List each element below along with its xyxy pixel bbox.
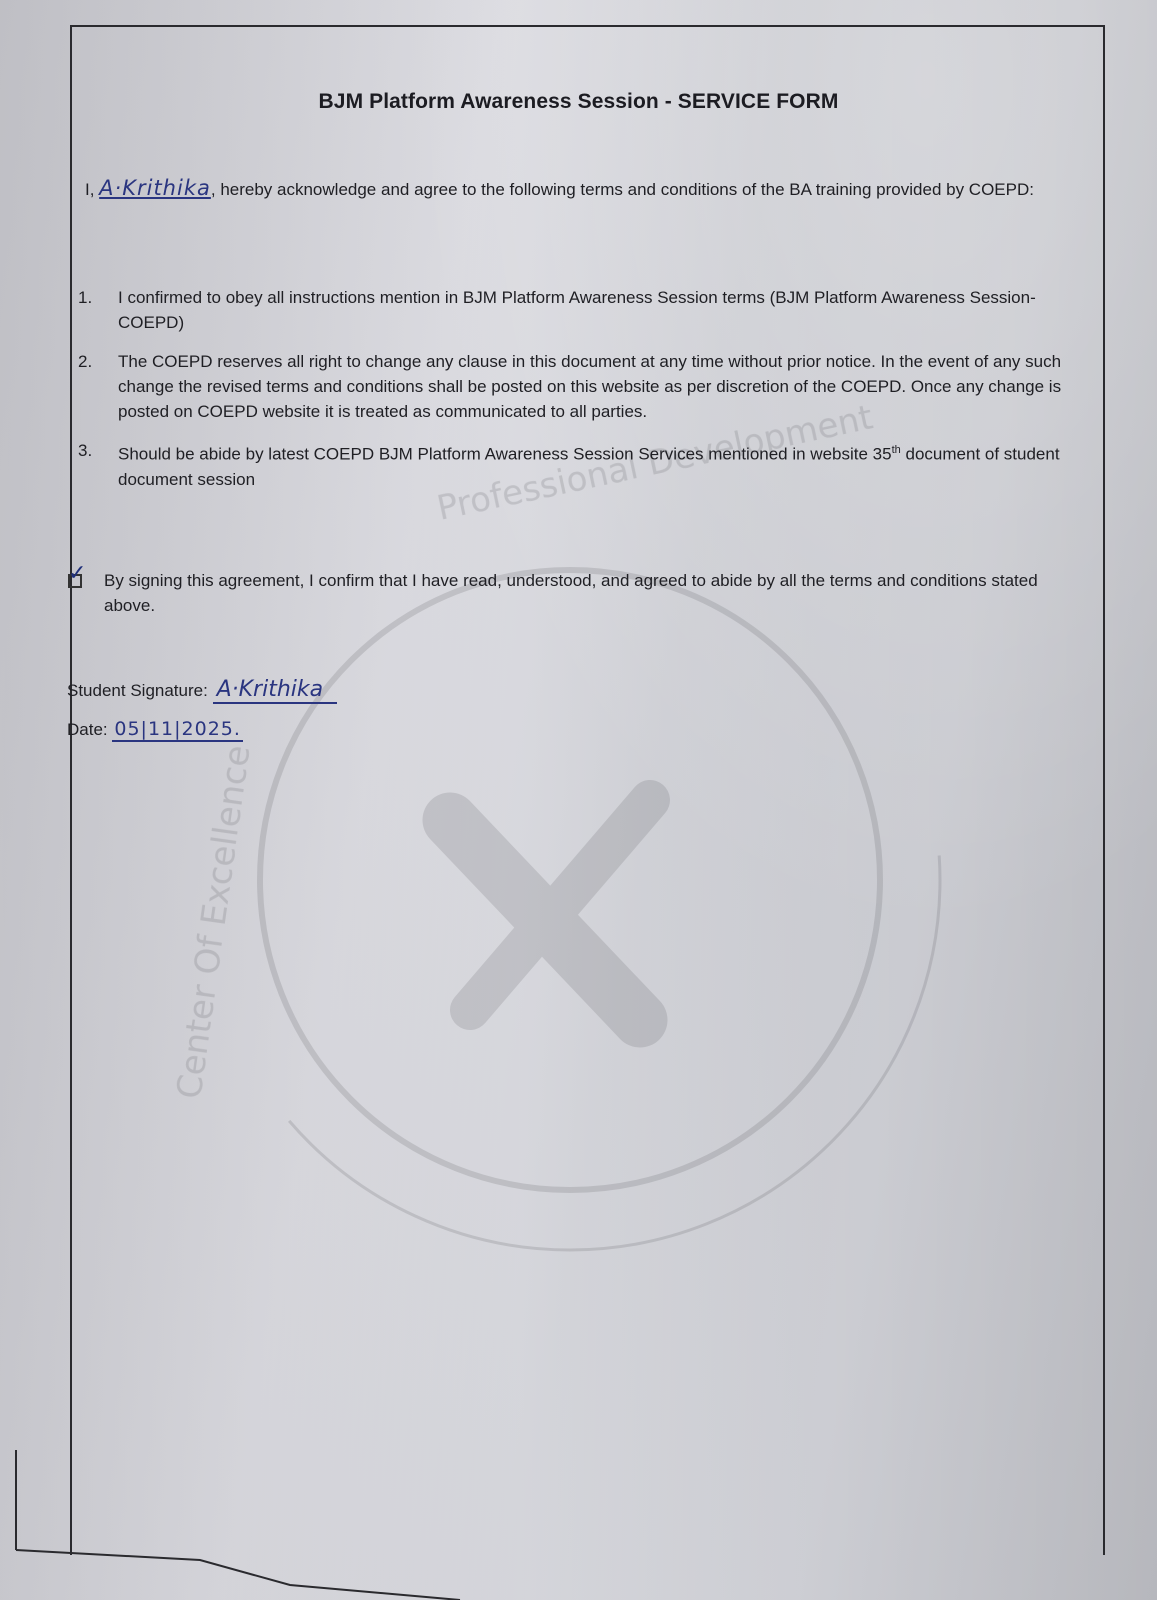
student-name-handwritten: A·Krithika: [99, 176, 211, 200]
date-label: Date:: [67, 720, 108, 739]
date-value-handwritten[interactable]: 05|11|2025.: [112, 718, 243, 742]
signature-field: Student Signature: A·Krithika: [67, 677, 337, 702]
agreement-text: By signing this agreement, I confirm tha…: [104, 568, 1078, 618]
term-number: 3.: [78, 438, 118, 492]
terms-list: 1. I confirmed to obey all instructions …: [78, 285, 1088, 506]
term-item: 3. Should be abide by latest COEPD BJM P…: [78, 438, 1088, 492]
checkmark-icon: ✓: [68, 562, 86, 584]
term-number: 2.: [78, 349, 118, 424]
agreement-checkbox[interactable]: ✓: [68, 574, 82, 588]
term-item: 1. I confirmed to obey all instructions …: [78, 285, 1088, 335]
signature-label: Student Signature:: [67, 681, 208, 700]
intro-text: , hereby acknowledge and agree to the fo…: [211, 180, 1034, 199]
form-title: BJM Platform Awareness Session - SERVICE…: [0, 90, 1157, 114]
form-border-frame: [70, 25, 1105, 1555]
acknowledgement-intro: I, A·Krithika, hereby acknowledge and ag…: [85, 178, 1095, 200]
term-text: Should be abide by latest COEPD BJM Plat…: [118, 438, 1088, 492]
term-text: The COEPD reserves all right to change a…: [118, 349, 1088, 424]
term-text: I confirmed to obey all instructions men…: [118, 285, 1088, 335]
intro-prefix: I,: [85, 180, 99, 199]
term-number: 1.: [78, 285, 118, 335]
term-item: 2. The COEPD reserves all right to chang…: [78, 349, 1088, 424]
agreement-statement: ✓ By signing this agreement, I confirm t…: [68, 568, 1078, 618]
date-field: Date: 05|11|2025.: [67, 718, 243, 740]
signature-value-handwritten[interactable]: A·Krithika: [213, 677, 338, 704]
